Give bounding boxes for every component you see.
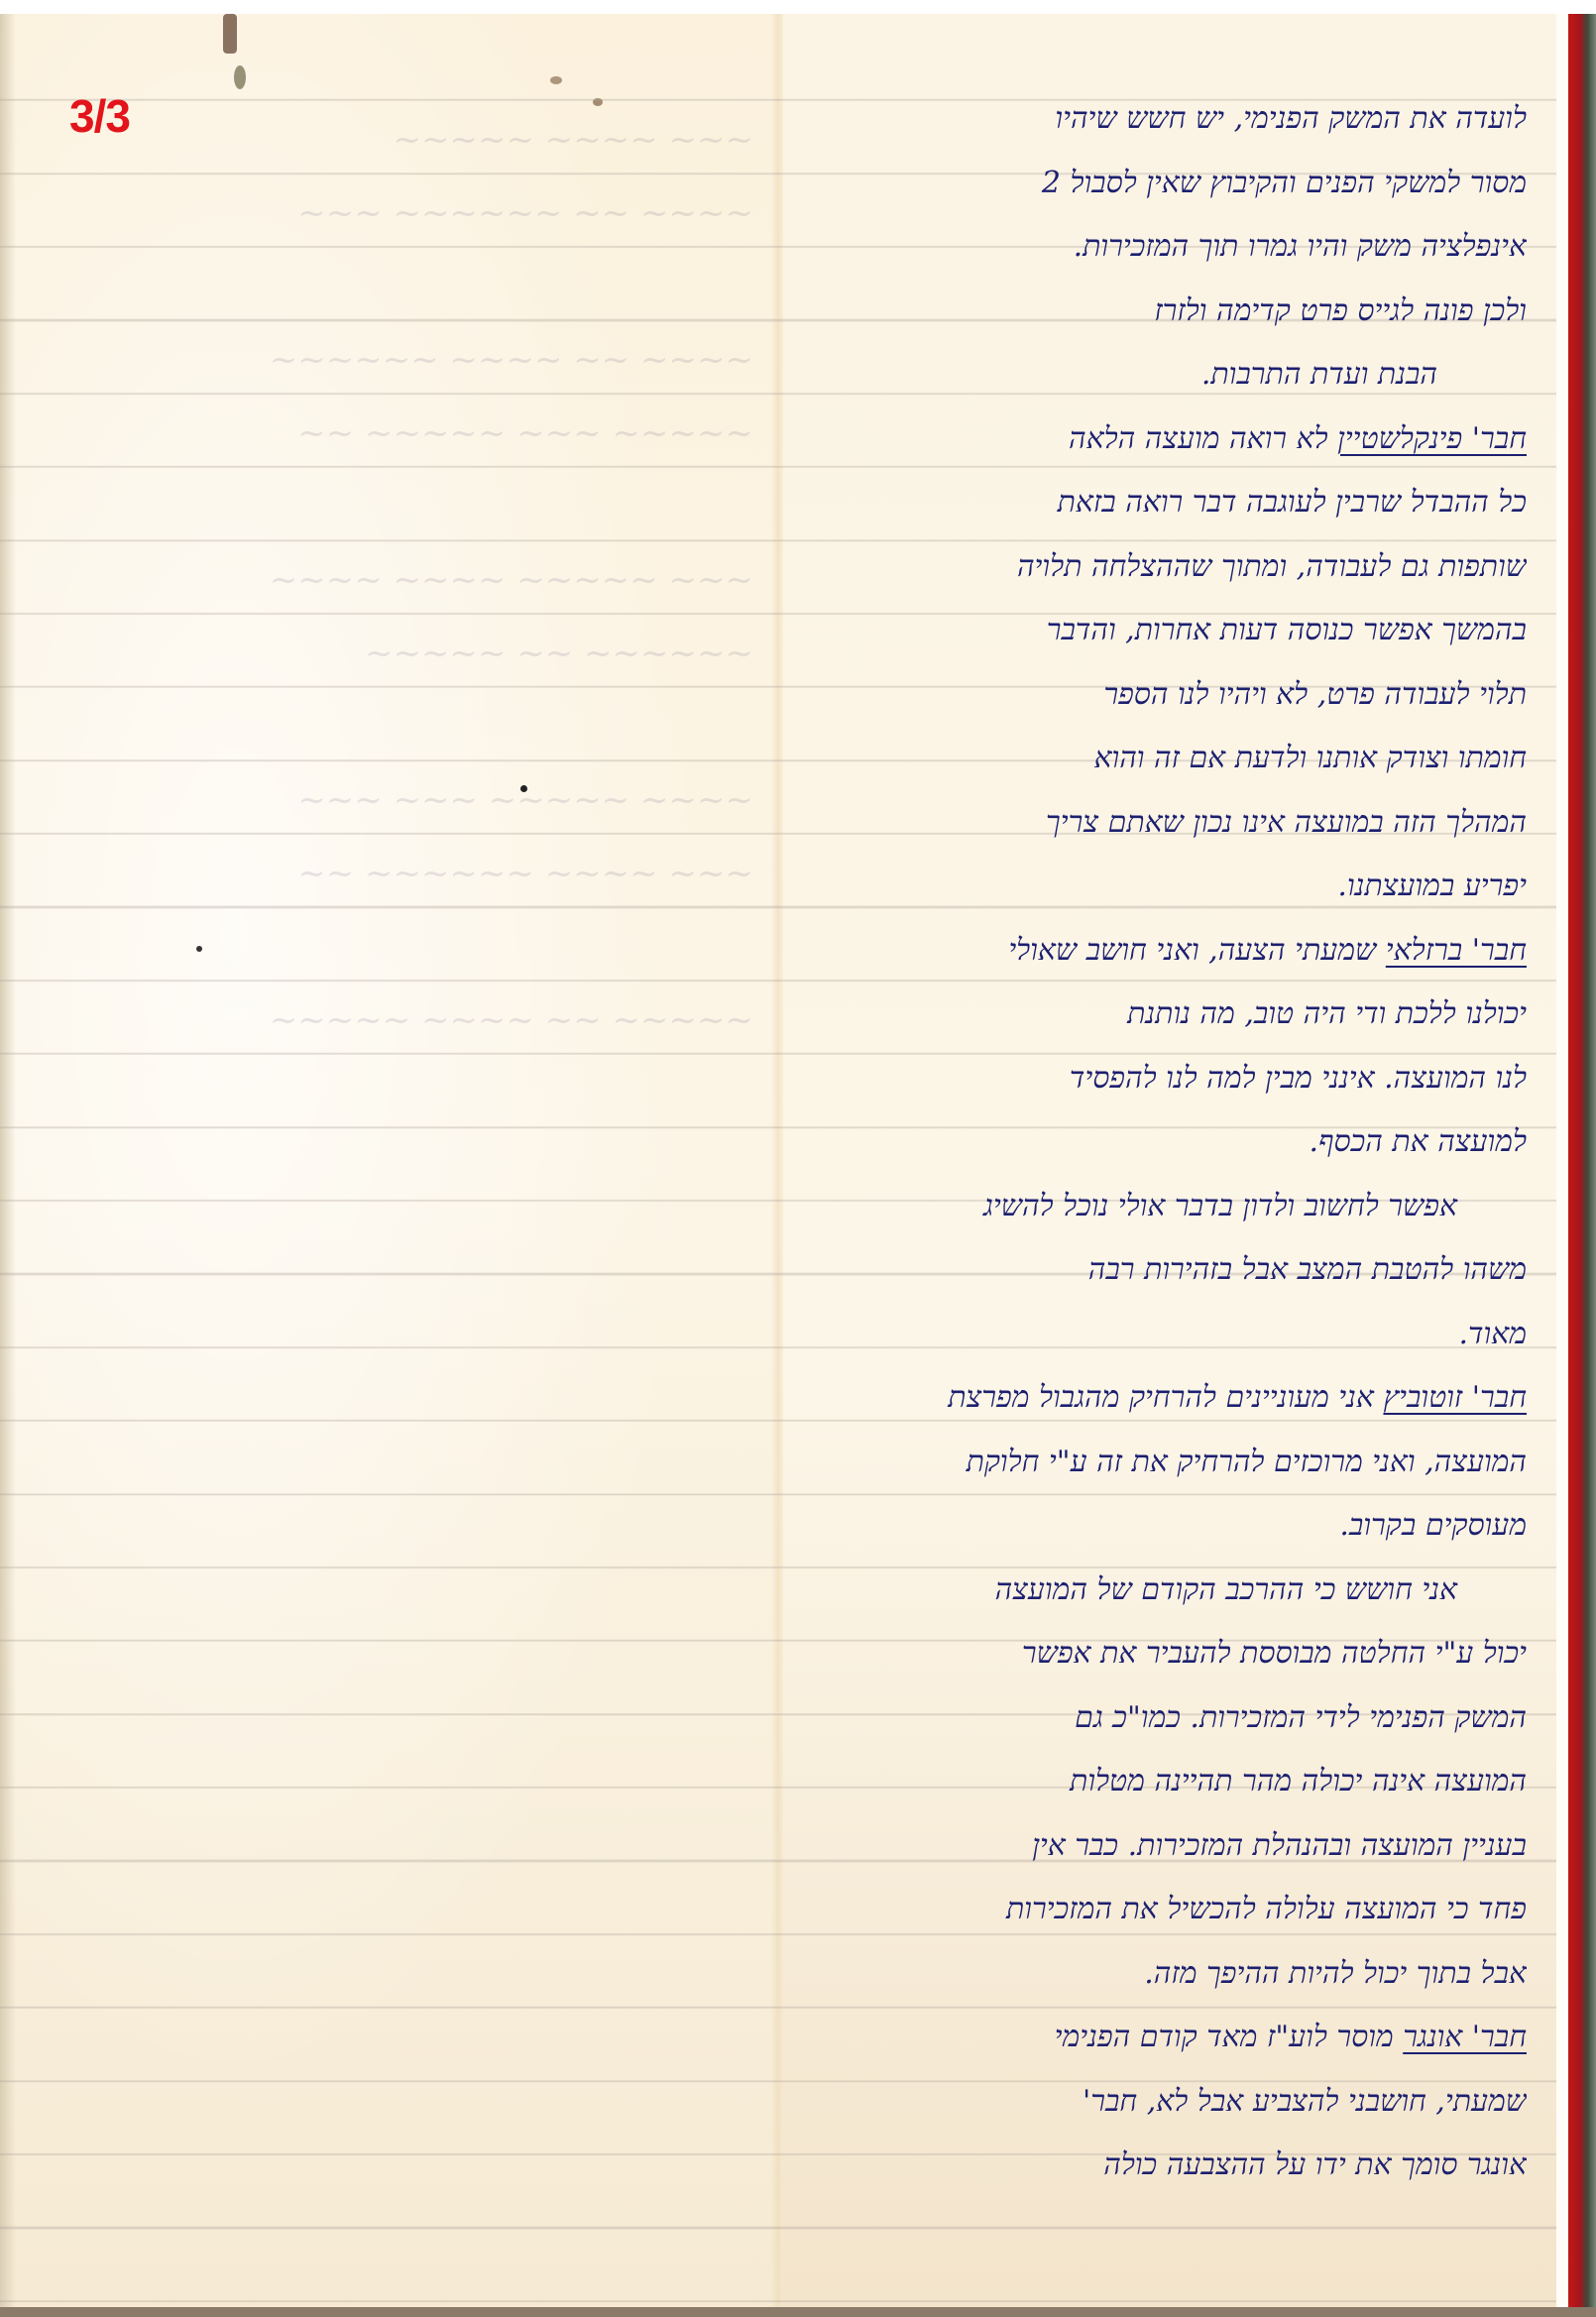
line-text: חומתו וצודק אותנו ולדעת אם זה והוא <box>1094 741 1527 775</box>
text-line: אונגר סומך את ידו על ההצבעה כולה <box>793 2134 1527 2198</box>
text-line: אני חושש כי ההרכב הקודם של המועצה <box>793 1559 1527 1623</box>
line-text: כל ההבדל שרבין לעוגבה דבר רואה בזאת <box>1058 485 1527 520</box>
text-line: יכולנו ללכת ודי היה טוב, מה נותנת <box>793 983 1527 1047</box>
line-text: מאוד. <box>1459 1317 1527 1351</box>
text-line: שמעתי, חושבני להצביע אבל לא, חבר' <box>793 2070 1527 2135</box>
ghost-line: ~~~~~ ~~~ ~~~~~ ~~ <box>59 397 753 470</box>
line-text: מוסר לוע"ז מאד קודם הפנימי <box>1055 2020 1404 2054</box>
handwritten-minutes: לועדה את המשק הפנימי, יש חשש שיהיומסור ל… <box>793 87 1527 2198</box>
text-line: הבנת ועדת התרבות. <box>793 343 1527 407</box>
line-text: יפריע במועצתנו. <box>1337 869 1527 903</box>
line-text: שמעתי הצעה, ואני חושב שאולי <box>1008 933 1385 968</box>
text-line: משהו להטבת המצב אבל בזהירות רבה <box>793 1238 1527 1303</box>
text-line: המועצה אינה יכולה מהר תהיינה מטלות <box>793 1750 1527 1814</box>
ink-dot <box>196 946 202 952</box>
speaker-line: חבר' זוטוביץ אני מעוניינים להרחיק מהגבול… <box>793 1366 1527 1431</box>
speaker-name: חבר' פינקלשטיין <box>1337 421 1527 456</box>
text-line: מעוסקים בקרוב. <box>793 1494 1527 1559</box>
text-line: ולכן פונה לגייס פרט קדימה ולזרז <box>793 280 1527 344</box>
page-marker: 3/3 <box>69 89 130 143</box>
line-text: המועצה אינה יכולה מהר תהיינה מטלות <box>1070 1764 1527 1798</box>
line-text: יכולנו ללכת ודי היה טוב, מה נותנת <box>1127 996 1527 1031</box>
text-line: לנו המועצה. אינני מבין למה לנו להפסיד <box>793 1047 1527 1111</box>
ghost-line: ~~~ ~~~~ ~~~~~~ ~~ <box>59 837 753 910</box>
ghost-line: ~~~~~ ~~ ~~~~ ~~~~~ <box>59 984 753 1057</box>
text-line: כל ההבדל שרבין לעוגבה דבר רואה בזאת <box>793 471 1527 535</box>
text-line: תלוי לעבודה פרט, לא ויהיו לנו הספר <box>793 663 1527 728</box>
ghost-line: ~~~ ~~~~ ~~~~~ <box>59 103 753 176</box>
line-text: בהמשך אפשר כנוסה דעות אחרות, והדבר <box>1047 613 1527 647</box>
left-page-edge-shadow <box>0 14 16 2317</box>
line-text: הבנת ועדת התרבות. <box>1201 357 1437 392</box>
line-text: למועצה את הכסף. <box>1309 1124 1527 1159</box>
text-line: אבל בתוך יכול להיות ההיפך מזה. <box>793 1942 1527 2007</box>
text-line: יפריע במועצתנו. <box>793 855 1527 919</box>
line-text: לנו המועצה. אינני מבין למה לנו להפסיד <box>1070 1061 1527 1096</box>
line-text: שותפות גם לעבודה, ומתוך שההצלחה תלויה <box>1017 549 1527 584</box>
ghost-line: ~~~~ ~~ ~~~~ ~~~~~~ <box>59 323 753 397</box>
line-text: משהו להטבת המצב אבל בזהירות רבה <box>1088 1252 1527 1287</box>
ghost-line: ~~~~~~ ~~ ~~~~~ <box>59 617 753 690</box>
ink-stain <box>593 98 603 106</box>
line-text: בעניין המועצה ובהנהלת המזכירות. כבר אין <box>1032 1828 1527 1863</box>
line-text: אינפלציה משק והיו גמרו תוך המזכירות. <box>1074 229 1527 264</box>
ghost-line: ~~~~ ~~~~~ ~~~ ~~~ <box>59 763 753 837</box>
left-page: ~~~ ~~~~ ~~~~~~~~~ ~~ ~~~~~~ ~~~~~~~ ~~ … <box>0 14 783 2317</box>
line-text: המשק הפנימי לידי המזכירות. כמו"כ גם <box>1075 1700 1527 1735</box>
text-line: שותפות גם לעבודה, ומתוך שההצלחה תלויה <box>793 535 1527 600</box>
text-line: בהמשך אפשר כנוסה דעות אחרות, והדבר <box>793 599 1527 663</box>
line-text: אני חושש כי ההרכב הקודם של המועצה <box>995 1572 1457 1607</box>
line-text: יכול ע"י החלטה מבוססת להעביר את אפשר <box>1022 1636 1527 1671</box>
ink-dot <box>520 785 527 792</box>
notebook-binding <box>1568 14 1596 2317</box>
line-text: אבל בתוך יכול להיות ההיפך מזה. <box>1144 1956 1527 1991</box>
line-text: אני מעוניינים להרחיק מהגבול מפרצת <box>948 1380 1383 1415</box>
text-line: אינפלציה משק והיו גמרו תוך המזכירות. <box>793 215 1527 280</box>
text-line: אפשר לחשוב ולדון בדבר אולי נוכל להשיג <box>793 1175 1527 1239</box>
line-text: לא רואה מועצה הלאה <box>1069 421 1337 456</box>
line-text: שמעתי, חושבני להצביע אבל לא, חבר' <box>1083 2084 1527 2119</box>
speaker-line: חבר' ברזלאי שמעתי הצעה, ואני חושב שאולי <box>793 919 1527 984</box>
speaker-name: חבר' זוטוביץ <box>1383 1380 1527 1415</box>
page-edge <box>1556 14 1568 2317</box>
line-text: לועדה את המשק הפנימי, יש חשש שיהיו <box>1055 101 1527 136</box>
line-text: המועצה, ואני מרוכזים להרחיק את זה ע"י חל… <box>967 1445 1527 1479</box>
line-text: פחד כי המועצה עלולה להכשיל את המזכירות <box>1006 1892 1527 1926</box>
speaker-name: חבר' ברזלאי <box>1386 933 1527 968</box>
ink-stain <box>234 65 246 89</box>
line-text: המהלך הזה במועצה אינו נכון שאתם צריך <box>1046 805 1527 840</box>
text-line: המשק הפנימי לידי המזכירות. כמו"כ גם <box>793 1686 1527 1751</box>
line-text: תלוי לעבודה פרט, לא ויהיו לנו הספר <box>1103 677 1527 712</box>
text-line: המהלך הזה במועצה אינו נכון שאתם צריך <box>793 791 1527 856</box>
ghost-line: ~~~ ~~~~~ ~~~~ ~~~~ <box>59 543 753 617</box>
line-text: אונגר סומך את ידו על ההצבעה כולה <box>1103 2147 1527 2182</box>
line-text: אפשר לחשוב ולדון בדבר אולי נוכל להשיג <box>983 1189 1457 1223</box>
ghost-line: ~~~~ ~~ ~~~~~~ ~~~ <box>59 176 753 250</box>
line-text: מסור למשקי הפנים והקיבוץ שאין לסבול 2 <box>1042 166 1527 200</box>
ink-stain <box>550 76 562 84</box>
speaker-line: חבר' פינקלשטיין לא רואה מועצה הלאה <box>793 407 1527 472</box>
text-line: מסור למשקי הפנים והקיבוץ שאין לסבול 2 <box>793 152 1527 216</box>
line-text: ולכן פונה לגייס פרט קדימה ולזרז <box>1154 293 1527 328</box>
text-line: חומתו וצודק אותנו ולדעת אם זה והוא <box>793 727 1527 791</box>
text-line: לועדה את המשק הפנימי, יש חשש שיהיו <box>793 87 1527 152</box>
text-line: המועצה, ואני מרוכזים להרחיק את זה ע"י חל… <box>793 1431 1527 1495</box>
text-line: מאוד. <box>793 1303 1527 1367</box>
scan-bottom-edge <box>0 2307 1596 2317</box>
line-text: מעוסקים בקרוב. <box>1339 1508 1527 1543</box>
text-line: יכול ע"י החלטה מבוססת להעביר את אפשר <box>793 1622 1527 1686</box>
text-line: בעניין המועצה ובהנהלת המזכירות. כבר אין <box>793 1814 1527 1879</box>
speaker-line: חבר' אונגר מוסר לוע"ז מאד קודם הפנימי <box>793 2006 1527 2070</box>
show-through-text: ~~~ ~~~~ ~~~~~~~~~ ~~ ~~~~~~ ~~~~~~~ ~~ … <box>59 103 753 1057</box>
text-line: למועצה את הכסף. <box>793 1110 1527 1175</box>
ink-stain <box>223 14 237 54</box>
speaker-name: חבר' אונגר <box>1403 2020 1527 2054</box>
text-line: פחד כי המועצה עלולה להכשיל את המזכירות <box>793 1878 1527 1942</box>
